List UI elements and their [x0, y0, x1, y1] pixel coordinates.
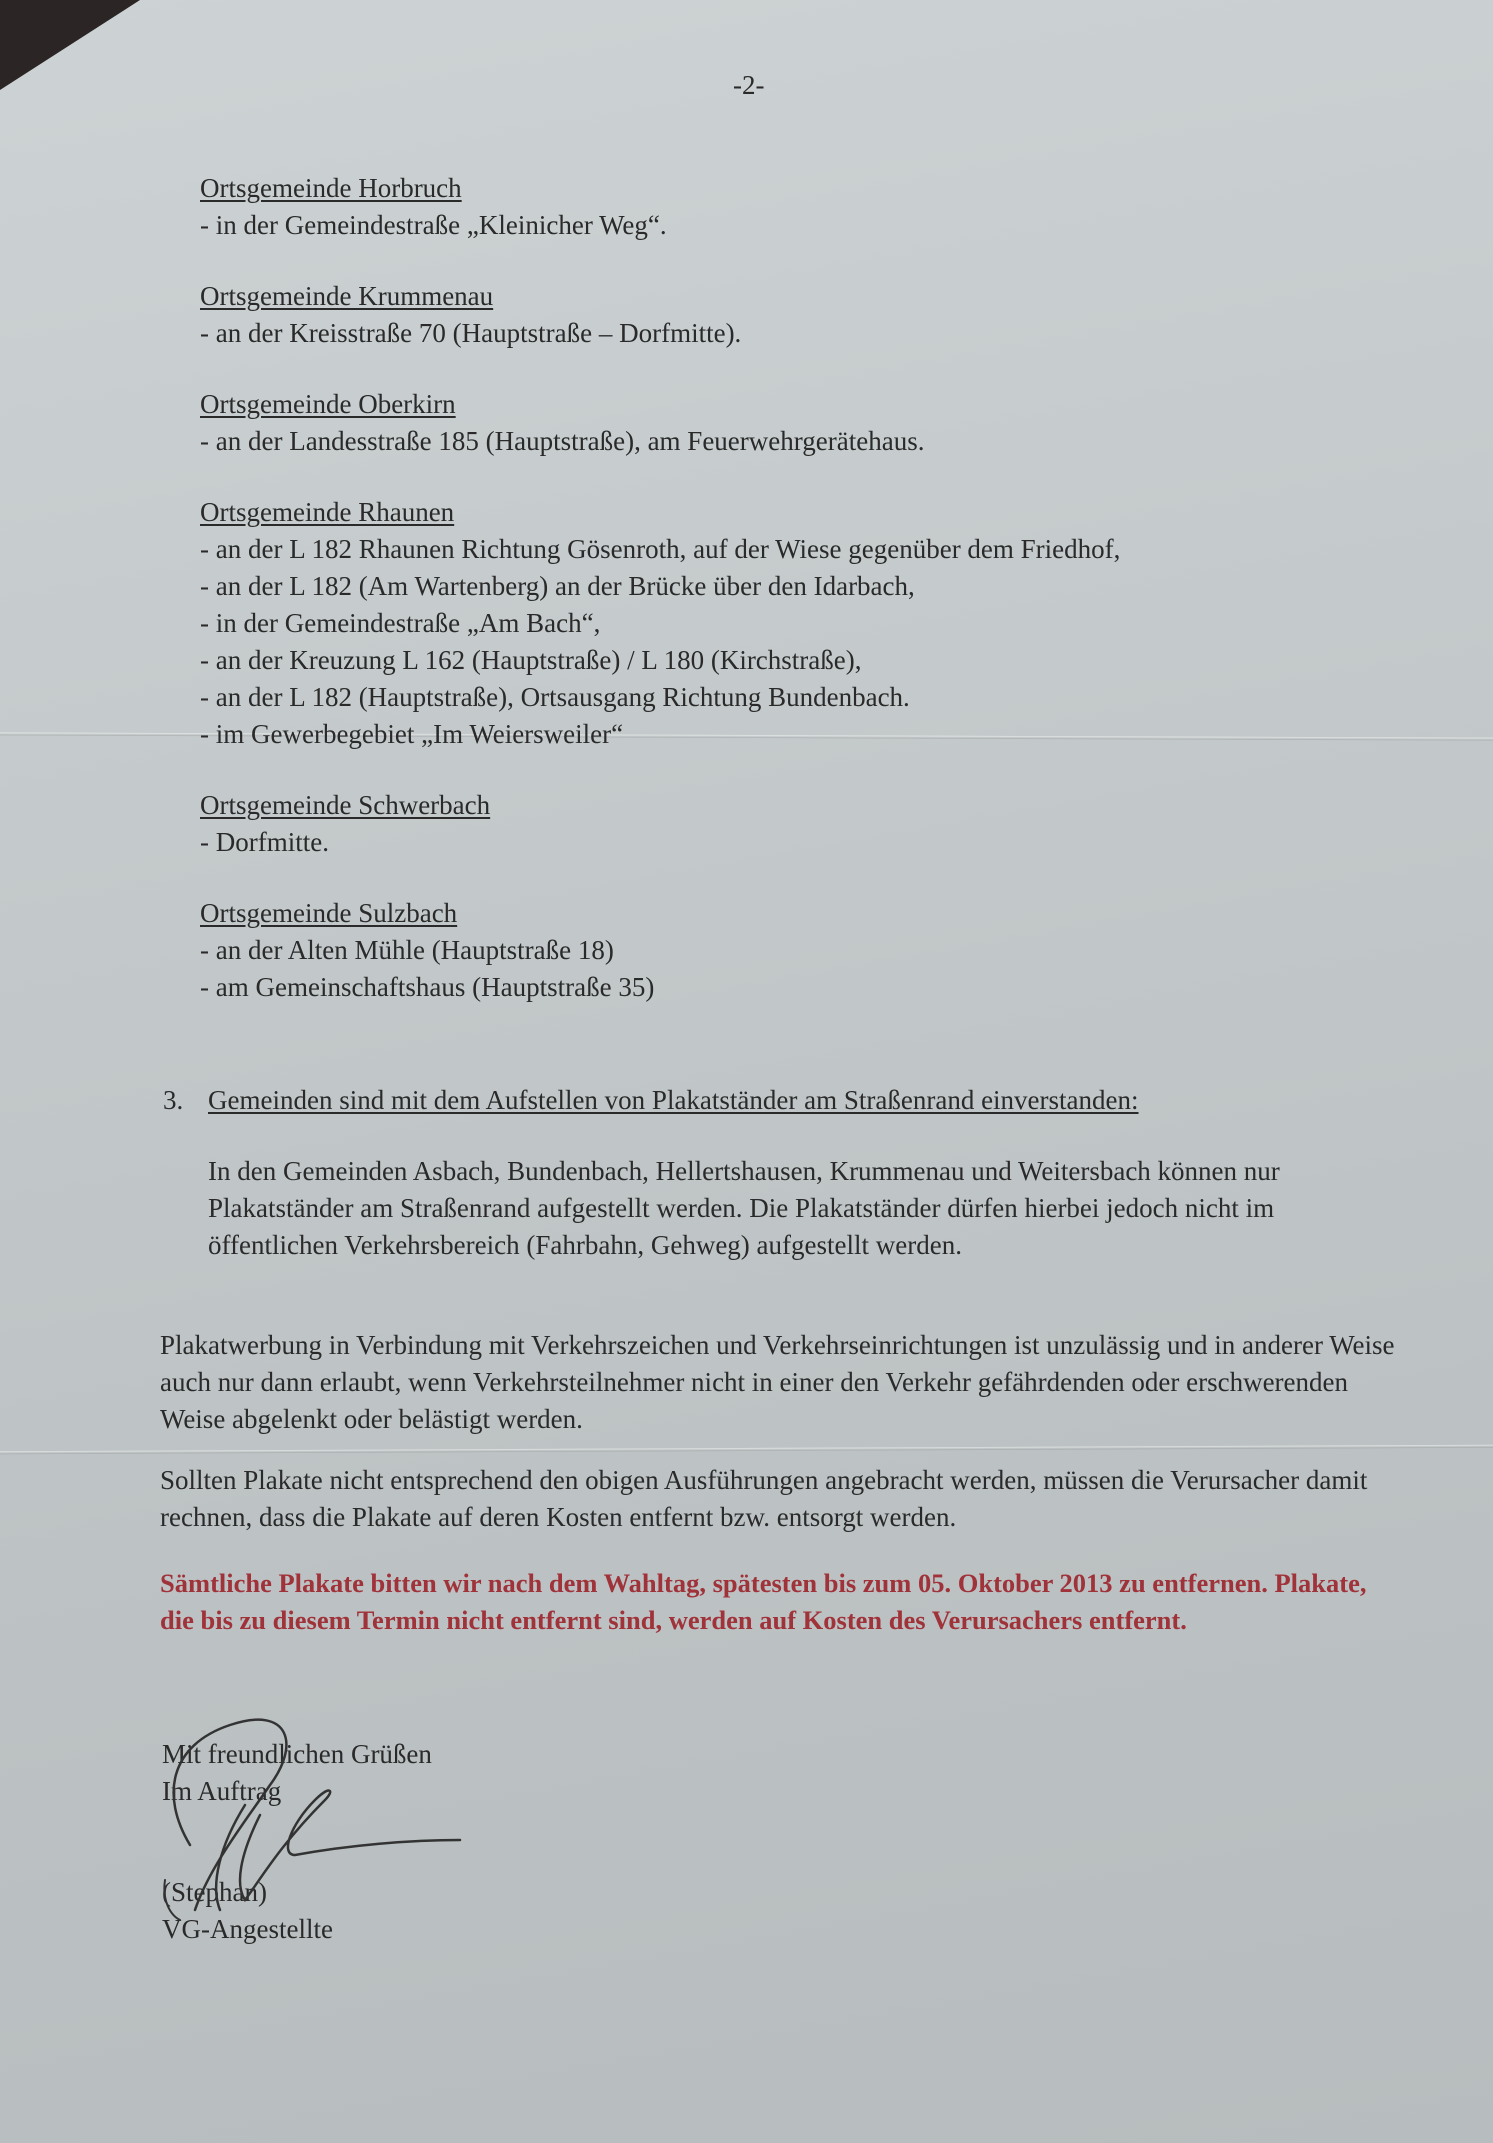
list-item: - im Gewerbegebiet „Im Weiersweiler“ — [200, 716, 1350, 753]
location-section-schwerbach: Ortsgemeinde Schwerbach - Dorfmitte. — [200, 787, 1350, 861]
section-title: Ortsgemeinde Rhaunen — [200, 494, 1350, 531]
section-title: Ortsgemeinde Schwerbach — [200, 787, 1350, 824]
closing-block: Mit freundlichen Grüßen Im Auftrag (Step… — [162, 1736, 432, 1948]
list-item: - an der L 182 (Hauptstraße), Ortsausgan… — [200, 679, 1350, 716]
list-item: - an der Landesstraße 185 (Hauptstraße),… — [200, 423, 1350, 460]
list-item: - an der Alten Mühle (Hauptstraße 18) — [200, 932, 1350, 969]
list-item: - Dorfmitte. — [200, 824, 1350, 861]
list-item: - an der Kreuzung L 162 (Hauptstraße) / … — [200, 642, 1350, 679]
signer-name: (Stephan) — [162, 1874, 432, 1911]
list-item: - in der Gemeindestraße „Kleinicher Weg“… — [200, 207, 1350, 244]
signer-role: VG-Angestellte — [162, 1911, 432, 1948]
greeting: Mit freundlichen Grüßen — [162, 1736, 432, 1773]
list-item: - am Gemeinschaftshaus (Hauptstraße 35) — [200, 969, 1350, 1006]
traffic-paragraph: Plakatwerbung in Verbindung mit Verkehrs… — [160, 1327, 1400, 1438]
location-section-oberkirn: Ortsgemeinde Oberkirn - an der Landesstr… — [200, 386, 1350, 460]
list-item: - an der Kreisstraße 70 (Hauptstraße – D… — [200, 315, 1350, 352]
section-title: Ortsgemeinde Oberkirn — [200, 386, 1350, 423]
section-title: Ortsgemeinde Sulzbach — [200, 895, 1350, 932]
section-body: In den Gemeinden Asbach, Bundenbach, Hel… — [208, 1153, 1388, 1264]
location-list: Ortsgemeinde Horbruch - in der Gemeindes… — [200, 170, 1350, 1040]
section-3: 3.Gemeinden sind mit dem Aufstellen von … — [163, 1082, 1413, 1264]
costs-paragraph: Sollten Plakate nicht entsprechend den o… — [160, 1462, 1400, 1536]
list-item: - an der L 182 (Am Wartenberg) an der Br… — [200, 568, 1350, 605]
page-number: -2- — [733, 70, 764, 101]
section-number: 3. — [163, 1082, 208, 1119]
list-item: - in der Gemeindestraße „Am Bach“, — [200, 605, 1350, 642]
section-title: Ortsgemeinde Krummenau — [200, 278, 1350, 315]
on-behalf: Im Auftrag — [162, 1773, 432, 1810]
location-section-sulzbach: Ortsgemeinde Sulzbach - an der Alten Müh… — [200, 895, 1350, 1006]
section-title: Ortsgemeinde Horbruch — [200, 170, 1350, 207]
list-item: - an der L 182 Rhaunen Richtung Gösenrot… — [200, 531, 1350, 568]
section-heading: Gemeinden sind mit dem Aufstellen von Pl… — [208, 1085, 1139, 1115]
location-section-horbruch: Ortsgemeinde Horbruch - in der Gemeindes… — [200, 170, 1350, 244]
location-section-krummenau: Ortsgemeinde Krummenau - an der Kreisstr… — [200, 278, 1350, 352]
photo-background-corner — [0, 0, 140, 90]
paper-fold-line — [0, 1445, 1493, 1455]
location-section-rhaunen: Ortsgemeinde Rhaunen - an der L 182 Rhau… — [200, 494, 1350, 753]
deadline-warning: Sämtliche Plakate bitten wir nach dem Wa… — [160, 1565, 1400, 1639]
